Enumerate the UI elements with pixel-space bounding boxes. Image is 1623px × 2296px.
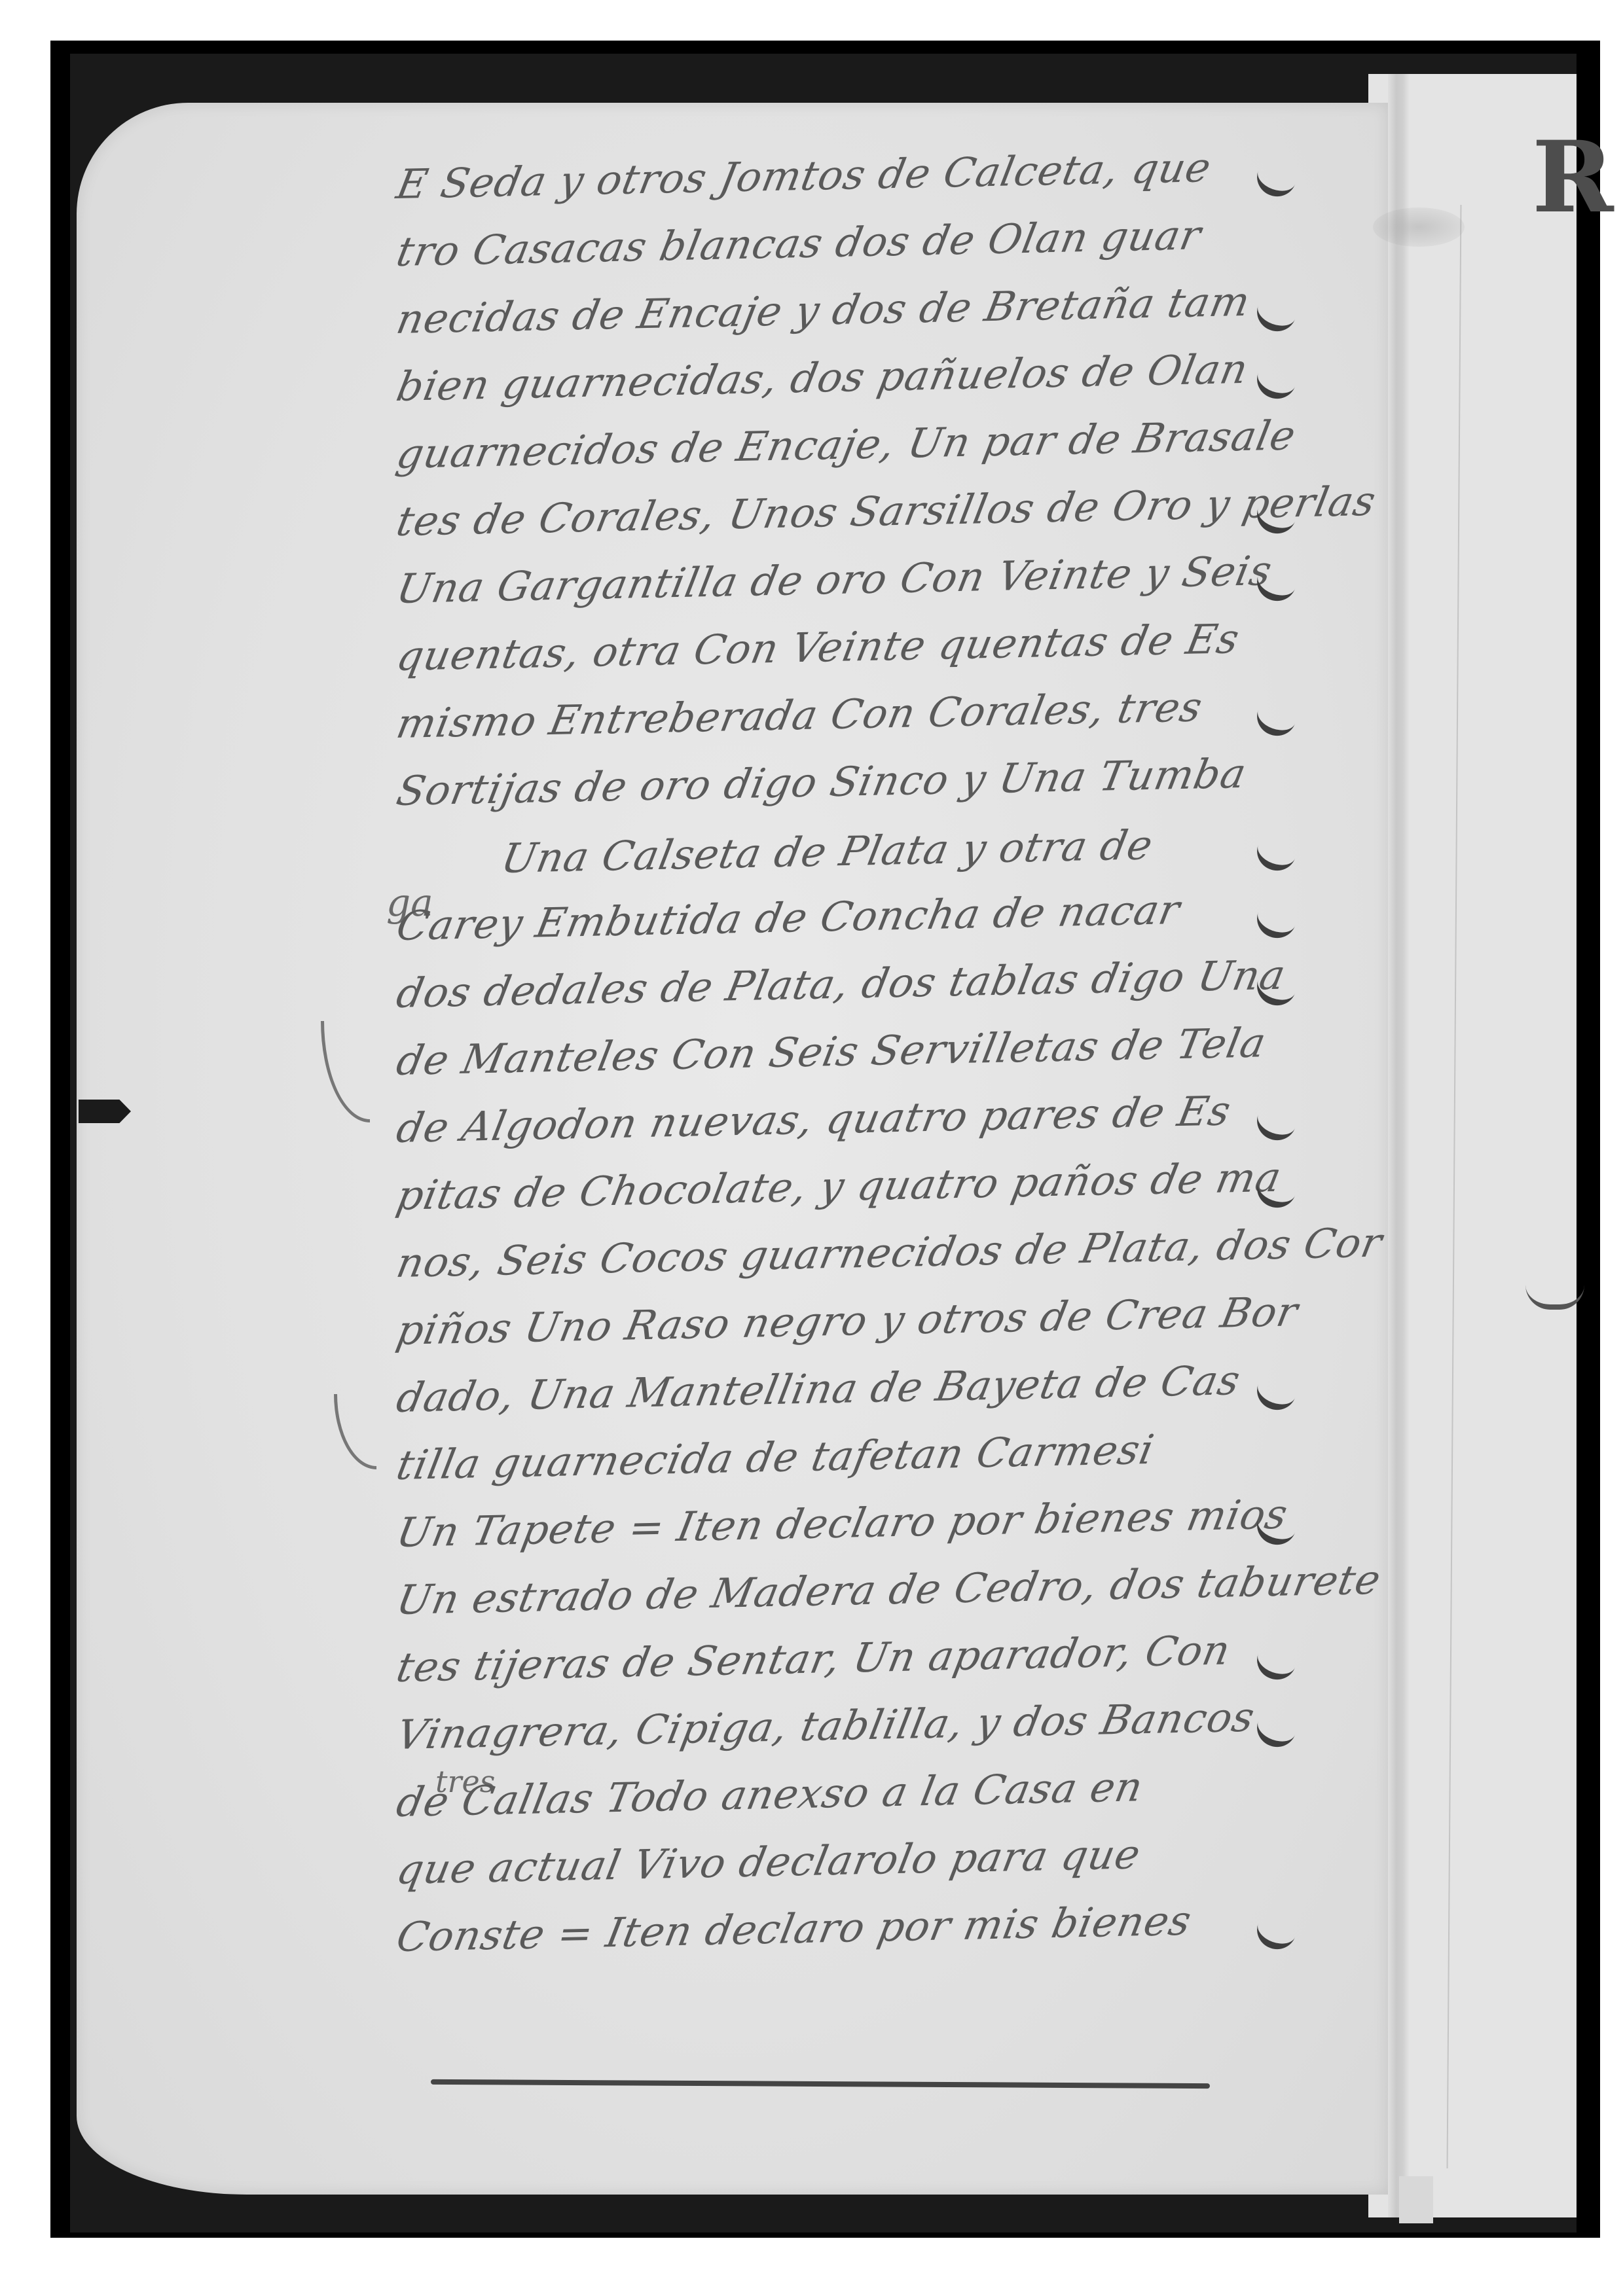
margin-letter-r: R [1532,120,1614,235]
margin-flourish [1525,1285,1584,1310]
text-line: Un estrado de Madera de Cedro, dos tabur… [393,1556,1296,1624]
text-line: tes tijeras de Sentar, Un aparador, Con [393,1624,1296,1691]
page-fold-shadow [1388,74,1409,2217]
text-line: pitas de Chocolate, y quatro paños de ma [393,1152,1296,1219]
manuscript-text: E Seda y otros Jomtos de Calceta, que tr… [393,141,1296,1961]
text-line: guarnecidos de Encaje, Un par de Brasale [393,410,1296,478]
text-line: dos dedales de Plata, dos tablas digo Un… [393,950,1296,1017]
line-text: Carey Embutida de Concha de nacar [393,886,1184,950]
line-text: necidas de Encaje y dos de Bretaña tam [393,278,1254,343]
line-text: tes de Corales, Unos Sarsillos de Oro y … [393,477,1380,545]
line-text: Conste = Iten declaro por mis bienes [393,1897,1195,1961]
text-line: necidas de Encaje y dos de Bretaña tam [393,276,1296,343]
scan-border-right [1577,41,1600,2238]
text-line: tro Casacas blancas dos de Olan guar [393,208,1296,276]
line-end-flourish [1252,287,1302,336]
line-end-flourish [1252,894,1302,943]
line-text: de Manteles Con Seis Servilletas de Tela [393,1018,1270,1085]
line-text: Un Tapete = Iten declaro por bienes mios [393,1490,1292,1556]
line-text: Una Calseta de Plata y otra de [498,821,1157,882]
line-text: dado, Una Mantellina de Bayeta de Cas [393,1356,1245,1422]
line-text: Un estrado de Madera de Cedro, dos tabur… [393,1556,1385,1624]
text-line: quentas, otra Con Veinte quentas de Es [393,613,1296,680]
line-end-flourish [1252,355,1302,404]
line-end-flourish [1252,152,1302,202]
line-end-flourish [1252,827,1302,876]
line-end-flourish [1252,1366,1302,1415]
line-end-flourish [1252,692,1302,741]
line-text: Sortijas de oro digo Sinco y Una Tumba [393,749,1250,815]
text-line: de Callas Todo anexso a la Casa en [393,1759,1296,1826]
text-line: Carey Embutida de Concha de nacar [393,882,1296,950]
text-line: bien guarnecidas, dos pañuelos de Olan [393,343,1296,410]
text-line: tes de Corales, Unos Sarsillos de Oro y … [393,478,1296,545]
line-text: que actual Vivo declarolo para que [393,1830,1144,1893]
line-text: Vinagrera, Cipiga, tablilla, y dos Banco… [393,1693,1259,1759]
text-line: Una Calseta de Plata y otra de [393,815,1296,882]
text-line: de Manteles Con Seis Servilletas de Tela [393,1017,1296,1085]
line-text: bien guarnecidas, dos pañuelos de Olan [393,345,1252,410]
line-text: mismo Entreberada Con Corales, tres [393,683,1207,747]
line-end-flourish [1252,1703,1302,1752]
scan-border-top [50,41,1600,54]
line-text: tilla guarnecida de tafetan Carmesi [393,1426,1158,1489]
line-text: nos, Seis Cocos guarnecidos de Plata, do… [393,1219,1386,1287]
line-end-flourish [1252,1905,1302,1954]
text-line: que actual Vivo declarolo para que [393,1826,1296,1893]
scan-border-bottom [50,2233,1600,2238]
line-text: Una Gargantilla de oro Con Veinte y Seis [393,547,1276,613]
line-end-flourish [1252,1636,1302,1685]
line-end-flourish [1252,1096,1302,1145]
line-text: de Callas Todo anexso a la Casa en [393,1763,1147,1826]
line-text: E Seda y otros Jomtos de Calceta, que [393,143,1215,208]
text-line: Conste = Iten declaro por mis bienes [393,1893,1296,1961]
text-line: mismo Entreberada Con Corales, tres [393,680,1296,747]
line-text: de Algodon nuevas, quatro pares de Es [393,1086,1235,1152]
paper-slip [1399,2176,1433,2223]
adjacent-page: R [1368,74,1577,2217]
text-line: piños Uno Raso negro y otros de Crea Bor [393,1287,1296,1354]
text-line: Un Tapete = Iten declaro por bienes mios [393,1489,1296,1556]
line-text: piños Uno Raso negro y otros de Crea Bor [393,1287,1302,1354]
text-line: dado, Una Mantellina de Bayeta de Cas [393,1354,1296,1422]
text-line: Sortijas de oro digo Sinco y Una Tumba [393,747,1296,815]
text-line: Una Gargantilla de oro Con Veinte y Seis [393,545,1296,613]
text-line: nos, Seis Cocos guarnecidos de Plata, do… [393,1219,1296,1287]
line-text: quentas, otra Con Veinte quentas de Es [393,615,1243,680]
text-line: tilla guarnecida de tafetan Carmesi [393,1422,1296,1489]
text-line: de Algodon nuevas, quatro pares de Es [393,1085,1296,1152]
text-line: Vinagrera, Cipiga, tablilla, y dos Banco… [393,1691,1296,1759]
scan-border-left [50,41,70,2238]
line-text: dos dedales de Plata, dos tablas digo Un… [393,951,1290,1017]
line-text: pitas de Chocolate, y quatro paños de ma [393,1153,1285,1219]
line-text: tes tijeras de Sentar, Un aparador, Con [393,1626,1235,1691]
line-text: tro Casacas blancas dos de Olan guar [393,211,1205,276]
line-text: guarnecidos de Encaje, Un par de Brasale [393,411,1300,478]
text-line: E Seda y otros Jomtos de Calceta, que [393,141,1296,208]
ink-blot [1373,207,1465,247]
page-edge-line [1447,205,1462,2168]
